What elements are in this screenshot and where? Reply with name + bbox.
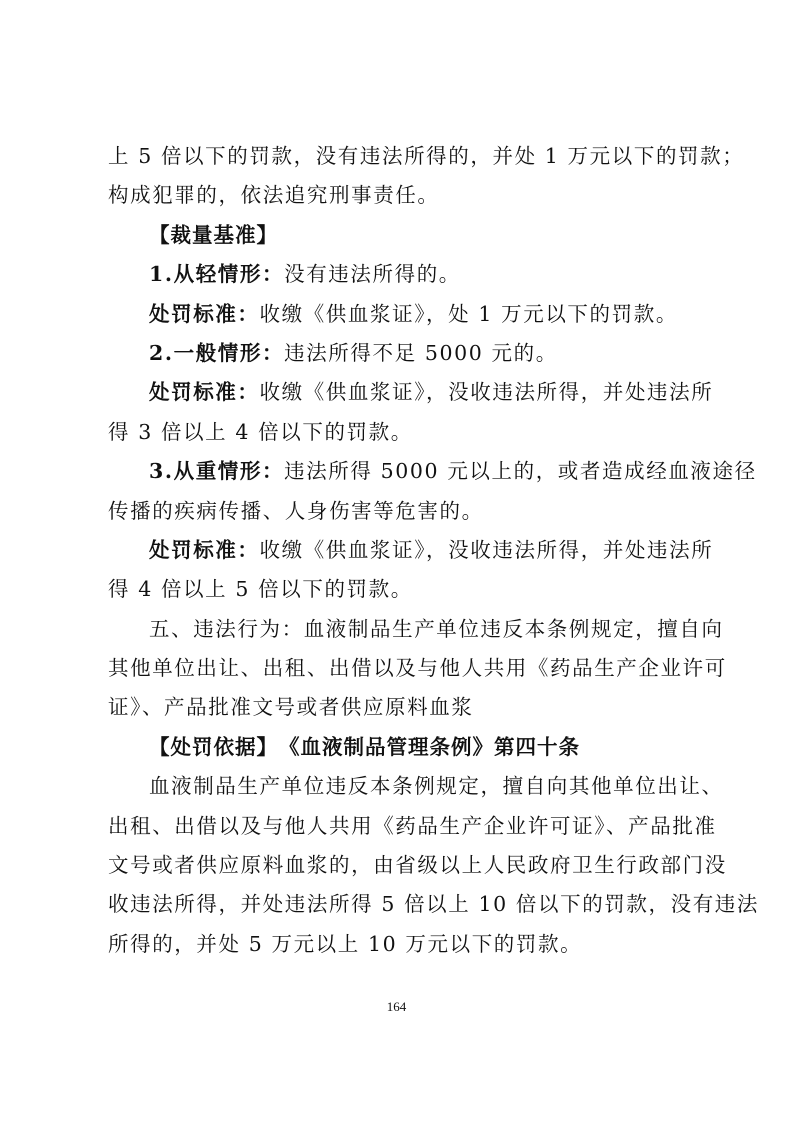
body-text-line: 证》、产品批准文号或者供应原料血浆 xyxy=(108,688,690,727)
document-page-body: 上 5 倍以下的罚款，没有违法所得的，并处 1 万元以下的罚款； 构成犯罪的，依… xyxy=(108,137,690,964)
label: 处罚标准： xyxy=(149,380,260,404)
label: 3.从重情形： xyxy=(149,459,284,483)
labeled-line-penalty-standard: 处罚标准：收缴《供血浆证》，没收违法所得，并处违法所 xyxy=(108,373,690,412)
body-text-line: 五、违法行为：血液制品生产单位违反本条例规定，擅自向 xyxy=(108,610,690,649)
labeled-line-penalty-standard: 处罚标准：收缴《供血浆证》，处 1 万元以下的罚款。 xyxy=(108,295,690,334)
body-text-line: 上 5 倍以下的罚款，没有违法所得的，并处 1 万元以下的罚款； xyxy=(108,137,690,176)
body-text-line: 传播的疾病传播、人身伤害等危害的。 xyxy=(108,492,690,531)
body-text-line: 文号或者供应原料血浆的，由省级以上人民政府卫生行政部门没 xyxy=(108,846,690,885)
label-value: 违法所得 5000 元以上的，或者造成经血液途径 xyxy=(284,459,757,483)
label-value: 收缴《供血浆证》，没收违法所得，并处违法所 xyxy=(260,538,714,562)
label-value: 收缴《供血浆证》，处 1 万元以下的罚款。 xyxy=(260,302,678,326)
label-value: 收缴《供血浆证》，没收违法所得，并处违法所 xyxy=(260,380,714,404)
label: 2.一般情形： xyxy=(149,341,284,365)
labeled-line-mild-case: 1.从轻情形：没有违法所得的。 xyxy=(108,255,690,294)
body-text-line: 所得的，并处 5 万元以上 10 万元以下的罚款。 xyxy=(108,925,690,964)
body-text-line: 得 4 倍以上 5 倍以下的罚款。 xyxy=(108,570,690,609)
labeled-line-severe-case: 3.从重情形：违法所得 5000 元以上的，或者造成经血液途径 xyxy=(108,452,690,491)
labeled-line-penalty-standard: 处罚标准：收缴《供血浆证》，没收违法所得，并处违法所 xyxy=(108,531,690,570)
page-number: 164 xyxy=(0,999,793,1015)
body-text-line: 构成犯罪的，依法追究刑事责任。 xyxy=(108,176,690,215)
section-heading-discretion-standard: 【裁量基准】 xyxy=(108,216,690,255)
label-value: 违法所得不足 5000 元的。 xyxy=(284,341,558,365)
body-text-line: 其他单位出让、出租、出借以及与他人共用《药品生产企业许可 xyxy=(108,649,690,688)
label: 处罚标准： xyxy=(149,302,260,326)
label: 处罚标准： xyxy=(149,538,260,562)
label: 1.从轻情形： xyxy=(149,262,284,286)
labeled-line-general-case: 2.一般情形：违法所得不足 5000 元的。 xyxy=(108,334,690,373)
label-value: 没有违法所得的。 xyxy=(284,262,461,286)
body-text-line: 血液制品生产单位违反本条例规定，擅自向其他单位出让、 xyxy=(108,767,690,806)
body-text-line: 出租、出借以及与他人共用《药品生产企业许可证》、产品批准 xyxy=(108,807,690,846)
section-heading-penalty-basis: 【处罚依据】 《血液制品管理条例》第四十条 xyxy=(108,728,690,767)
body-text-line: 收违法所得，并处违法所得 5 倍以上 10 倍以下的罚款，没有违法 xyxy=(108,885,690,924)
body-text-line: 得 3 倍以上 4 倍以下的罚款。 xyxy=(108,413,690,452)
